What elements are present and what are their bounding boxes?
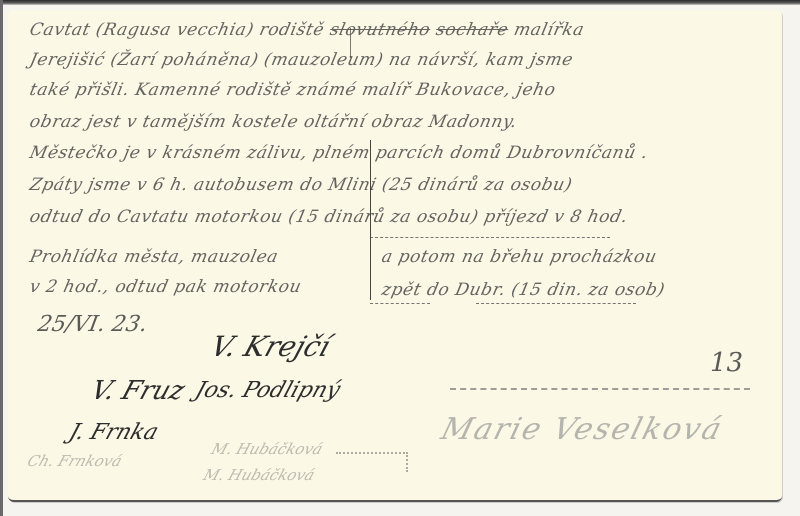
signature: J. Frnka [66, 420, 162, 445]
message-line: také přišli. Kamenné rodiště známé malíř… [28, 80, 558, 100]
message-line: v 2 hod., odtud pak motorkou [28, 277, 304, 297]
message-line: Zpáty jsme v 6 h. autobusem do Mlini (25… [28, 175, 574, 195]
scan-left-edge [0, 0, 3, 516]
signature: V. Fruz [87, 376, 188, 406]
message-line: Jerejišić (Žarí poháněna) (mauzoleum) na… [28, 50, 575, 70]
signature: V. Krejčí [207, 330, 335, 363]
signature: Ch. Frnková [25, 452, 124, 470]
address-line [370, 237, 610, 238]
message-line: Městečko je v krásném zálivu, plném parc… [28, 143, 650, 163]
signature: M. Hubáčková [201, 466, 317, 484]
address-line [370, 303, 430, 304]
faint-stamp-mark [336, 452, 408, 472]
signature-line [450, 388, 750, 390]
scan-top-edge [0, 0, 800, 5]
address-line [476, 303, 636, 304]
message-line: odtud do Cavtatu motorkou (15 dinárů za … [28, 207, 630, 227]
message-line: obraz jest v tamějším kostele oltářní ob… [28, 112, 519, 132]
signature: M. Hubáčková [209, 440, 325, 458]
message-line: Prohlídka města, mauzolea [28, 247, 280, 267]
message-line: a potom na břehu procházkou [380, 247, 659, 267]
page-number: 13 [710, 348, 743, 378]
date: 25/VI. 23. [36, 312, 149, 337]
recipient-name: Marie Veselková [437, 412, 727, 447]
message-line: zpět do Dubr. (15 din. za osob) [380, 280, 667, 300]
signature: Jos. Podlipný [192, 378, 343, 403]
message-line: Cavtat (Ragusa vecchia) rodiště slovutné… [28, 20, 586, 40]
